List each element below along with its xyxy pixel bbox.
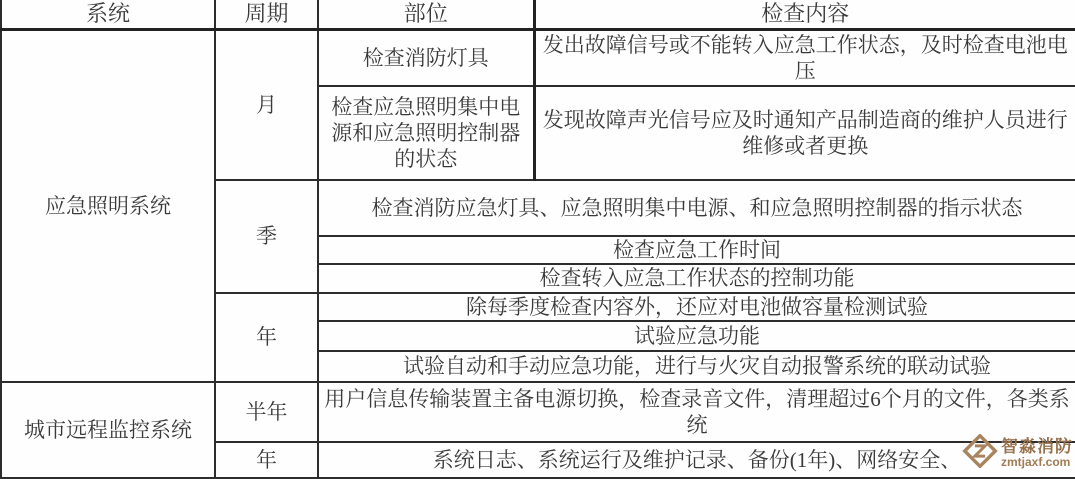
cell-quarter-item-1: 检查消防应急灯具、应急照明集中电源、和应急照明控制器的指示状态 bbox=[318, 180, 1075, 236]
cell-cycle-year: 年 bbox=[215, 293, 318, 382]
cell-content-month-1: 发出故障信号或不能转入应急工作状态，及时检查电池电压 bbox=[534, 29, 1075, 86]
header-system: 系统 bbox=[1, 0, 215, 29]
table-row: 城市远程监控系统 半年 用户信息传输装置主备电源切换，检查录音文件，清理超过6个… bbox=[1, 382, 1075, 442]
cell-year-item-3: 试验自动和手动应急功能，进行与火灾自动报警系统的联动试验 bbox=[318, 351, 1075, 382]
header-row: 系统 周期 部位 检查内容 bbox=[1, 0, 1075, 29]
cell-halfyear-content: 用户信息传输装置主备电源切换，检查录音文件，清理超过6个月的文件，各类系统 bbox=[318, 382, 1075, 442]
inspection-table: 系统 周期 部位 检查内容 应急照明系统 月 检查消防灯具 发出故障信号或不能转… bbox=[0, 0, 1075, 479]
cell-system-emergency-lighting: 应急照明系统 bbox=[1, 29, 215, 382]
header-content: 检查内容 bbox=[534, 0, 1075, 29]
cell-year-item-1: 除每季度检查内容外，还应对电池做容量检测试验 bbox=[318, 293, 1075, 321]
cell-part-month-1: 检查消防灯具 bbox=[318, 29, 534, 86]
cell-part-month-2: 检查应急照明集中电源和应急照明控制器的状态 bbox=[318, 86, 534, 180]
document-page: 系统 周期 部位 检查内容 应急照明系统 月 检查消防灯具 发出故障信号或不能转… bbox=[0, 0, 1075, 479]
cell-cycle-halfyear: 半年 bbox=[215, 382, 318, 442]
cell-quarter-item-3: 检查转入应急工作状态的控制功能 bbox=[318, 264, 1075, 292]
cell-cycle-month: 月 bbox=[215, 29, 318, 180]
cell-system-remote-monitoring: 城市远程监控系统 bbox=[1, 382, 215, 478]
cell-year2-content: 系统日志、系统运行及维护记录、备份(1年)、网络安全、 bbox=[318, 442, 1075, 478]
header-cycle: 周期 bbox=[215, 0, 318, 29]
cell-year-item-2: 试验应急功能 bbox=[318, 321, 1075, 351]
cell-quarter-item-2: 检查应急工作时间 bbox=[318, 236, 1075, 264]
header-part: 部位 bbox=[318, 0, 534, 29]
cell-content-month-2: 发现故障声光信号应及时通知产品制造商的维护人员进行维修或者更换 bbox=[534, 86, 1075, 180]
cell-cycle-quarter: 季 bbox=[215, 180, 318, 293]
table-row: 应急照明系统 月 检查消防灯具 发出故障信号或不能转入应急工作状态，及时检查电池… bbox=[1, 29, 1075, 86]
cell-cycle-year-2: 年 bbox=[215, 442, 318, 478]
